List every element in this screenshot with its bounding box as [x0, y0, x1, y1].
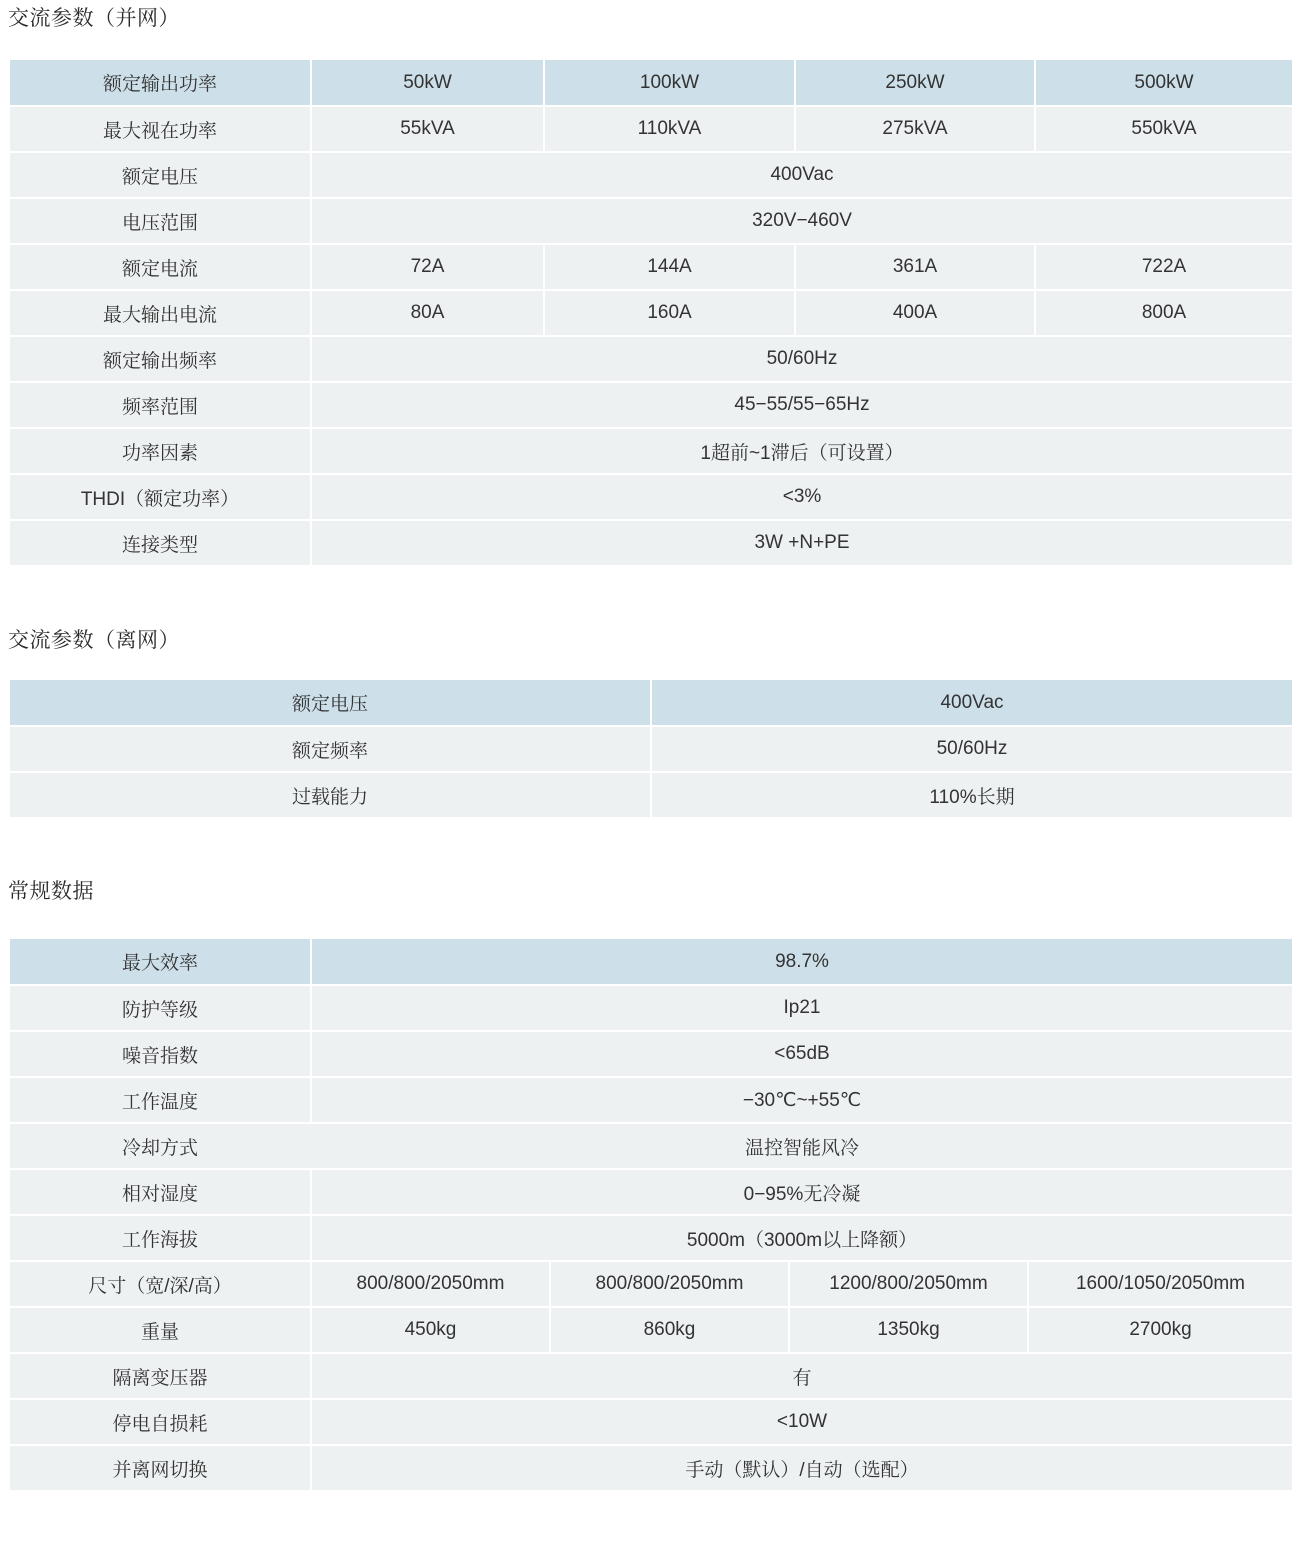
section-title-general: 常规数据 [8, 881, 94, 902]
cell-value: 722A [1035, 244, 1293, 290]
cell-value: 320V−460V [311, 198, 1293, 244]
table-row-protection-class: 防护等级 Ip21 [9, 985, 1293, 1031]
cell-value: 110%长期 [651, 772, 1293, 818]
table-row-apparent-power: 最大视在功率 55kVA 110kVA 275kVA 550kVA [9, 106, 1293, 152]
row-label: 额定频率 [9, 726, 651, 772]
cell-value: 144A [544, 244, 795, 290]
table-row-cooling: 冷却方式 温控智能风冷 [9, 1123, 1293, 1169]
cell-value: 50/60Hz [311, 336, 1293, 382]
cell-value: <65dB [311, 1031, 1293, 1077]
cell-value: 3W +N+PE [311, 520, 1293, 566]
cell-value: 2700kg [1028, 1307, 1293, 1353]
cell-value: 110kVA [544, 106, 795, 152]
row-label: 冷却方式 [9, 1123, 311, 1169]
section-title-grid: 交流参数（并网） [8, 8, 180, 29]
row-label: 额定电压 [9, 679, 651, 726]
cell-value: −30℃~+55℃ [311, 1077, 1293, 1123]
cell-value: <10W [311, 1399, 1293, 1445]
row-label: 隔离变压器 [9, 1353, 311, 1399]
cell-value: <3% [311, 474, 1293, 520]
table-row-rated-voltage: 额定电压 400Vac [9, 152, 1293, 198]
cell-value: 160A [544, 290, 795, 336]
grid-params-table: 额定输出功率 50kW 100kW 250kW 500kW 最大视在功率 55k… [8, 58, 1294, 567]
table-row-connection-type: 连接类型 3W +N+PE [9, 520, 1293, 566]
row-label: 工作温度 [9, 1077, 311, 1123]
cell-value: 温控智能风冷 [311, 1123, 1293, 1169]
table-row-voltage-range: 电压范围 320V−460V [9, 198, 1293, 244]
table-row-rated-voltage: 额定电压 400Vac [9, 679, 1293, 726]
cell-value: 1200/800/2050mm [789, 1261, 1028, 1307]
cell-50kw: 50kW [311, 59, 544, 106]
cell-value: 800A [1035, 290, 1293, 336]
cell-value: 361A [795, 244, 1035, 290]
row-label: 工作海拔 [9, 1215, 311, 1261]
cell-value: 800/800/2050mm [550, 1261, 789, 1307]
row-label: 频率范围 [9, 382, 311, 428]
row-label: 重量 [9, 1307, 311, 1353]
table-row-operating-temperature: 工作温度 −30℃~+55℃ [9, 1077, 1293, 1123]
row-label: 相对湿度 [9, 1169, 311, 1215]
table-row-weight: 重量 450kg 860kg 1350kg 2700kg [9, 1307, 1293, 1353]
row-label: 额定输出频率 [9, 336, 311, 382]
table-row-rated-frequency: 额定频率 50/60Hz [9, 726, 1293, 772]
table-row-isolation-transformer: 隔离变压器 有 [9, 1353, 1293, 1399]
cell-value: 5000m（3000m以上降额） [311, 1215, 1293, 1261]
cell-value: 400A [795, 290, 1035, 336]
cell-100kw: 100kW [544, 59, 795, 106]
table-row-max-efficiency: 最大效率 98.7% [9, 938, 1293, 985]
cell-value: 55kVA [311, 106, 544, 152]
row-label: 尺寸（宽/深/高） [9, 1261, 311, 1307]
cell-value: 手动（默认）/自动（选配） [311, 1445, 1293, 1491]
cell-value: 72A [311, 244, 544, 290]
table-row-noise: 噪音指数 <65dB [9, 1031, 1293, 1077]
row-label: 停电自损耗 [9, 1399, 311, 1445]
row-label: 并离网切换 [9, 1445, 311, 1491]
row-label: 过载能力 [9, 772, 651, 818]
cell-value: 0−95%无冷凝 [311, 1169, 1293, 1215]
row-label: 噪音指数 [9, 1031, 311, 1077]
table-row-max-current: 最大输出电流 80A 160A 400A 800A [9, 290, 1293, 336]
row-label: 防护等级 [9, 985, 311, 1031]
cell-value: Ip21 [311, 985, 1293, 1031]
table-row-rated-current: 额定电流 72A 144A 361A 722A [9, 244, 1293, 290]
table-row-frequency-range: 频率范围 45−55/55−65Hz [9, 382, 1293, 428]
table-row-rated-frequency: 额定输出频率 50/60Hz [9, 336, 1293, 382]
row-label: 额定电压 [9, 152, 311, 198]
offgrid-params-table: 额定电压 400Vac 额定频率 50/60Hz 过载能力 110%长期 [8, 678, 1294, 819]
cell-value: 400Vac [311, 152, 1293, 198]
cell-value: 1600/1050/2050mm [1028, 1261, 1293, 1307]
cell-value: 860kg [550, 1307, 789, 1353]
cell-value: 275kVA [795, 106, 1035, 152]
row-label: 连接类型 [9, 520, 311, 566]
cell-value: 1350kg [789, 1307, 1028, 1353]
cell-value: 550kVA [1035, 106, 1293, 152]
table-row-rated-output-power: 额定输出功率 50kW 100kW 250kW 500kW [9, 59, 1293, 106]
table-row-standby-loss: 停电自损耗 <10W [9, 1399, 1293, 1445]
cell-value: 98.7% [311, 938, 1293, 985]
cell-value: 400Vac [651, 679, 1293, 726]
cell-value: 80A [311, 290, 544, 336]
table-row-power-factor: 功率因素 1超前~1滞后（可设置） [9, 428, 1293, 474]
row-label: THDI（额定功率） [9, 474, 311, 520]
general-data-table: 最大效率 98.7% 防护等级 Ip21 噪音指数 <65dB 工作温度 −30… [8, 937, 1294, 1492]
cell-value: 45−55/55−65Hz [311, 382, 1293, 428]
cell-value: 1超前~1滞后（可设置） [311, 428, 1293, 474]
row-label: 最大视在功率 [9, 106, 311, 152]
row-label: 功率因素 [9, 428, 311, 474]
row-label: 最大效率 [9, 938, 311, 985]
table-row-grid-switching: 并离网切换 手动（默认）/自动（选配） [9, 1445, 1293, 1491]
table-row-humidity: 相对湿度 0−95%无冷凝 [9, 1169, 1293, 1215]
cell-value: 800/800/2050mm [311, 1261, 550, 1307]
cell-value: 450kg [311, 1307, 550, 1353]
row-label: 电压范围 [9, 198, 311, 244]
table-row-thdi: THDI（额定功率） <3% [9, 474, 1293, 520]
cell-250kw: 250kW [795, 59, 1035, 106]
table-row-altitude: 工作海拔 5000m（3000m以上降额） [9, 1215, 1293, 1261]
cell-value: 50/60Hz [651, 726, 1293, 772]
row-label: 额定输出功率 [9, 59, 311, 106]
cell-500kw: 500kW [1035, 59, 1293, 106]
section-title-offgrid: 交流参数（离网） [8, 630, 180, 651]
row-label: 额定电流 [9, 244, 311, 290]
table-row-dimensions: 尺寸（宽/深/高） 800/800/2050mm 800/800/2050mm … [9, 1261, 1293, 1307]
table-row-overload-capacity: 过载能力 110%长期 [9, 772, 1293, 818]
row-label: 最大输出电流 [9, 290, 311, 336]
cell-value: 有 [311, 1353, 1293, 1399]
